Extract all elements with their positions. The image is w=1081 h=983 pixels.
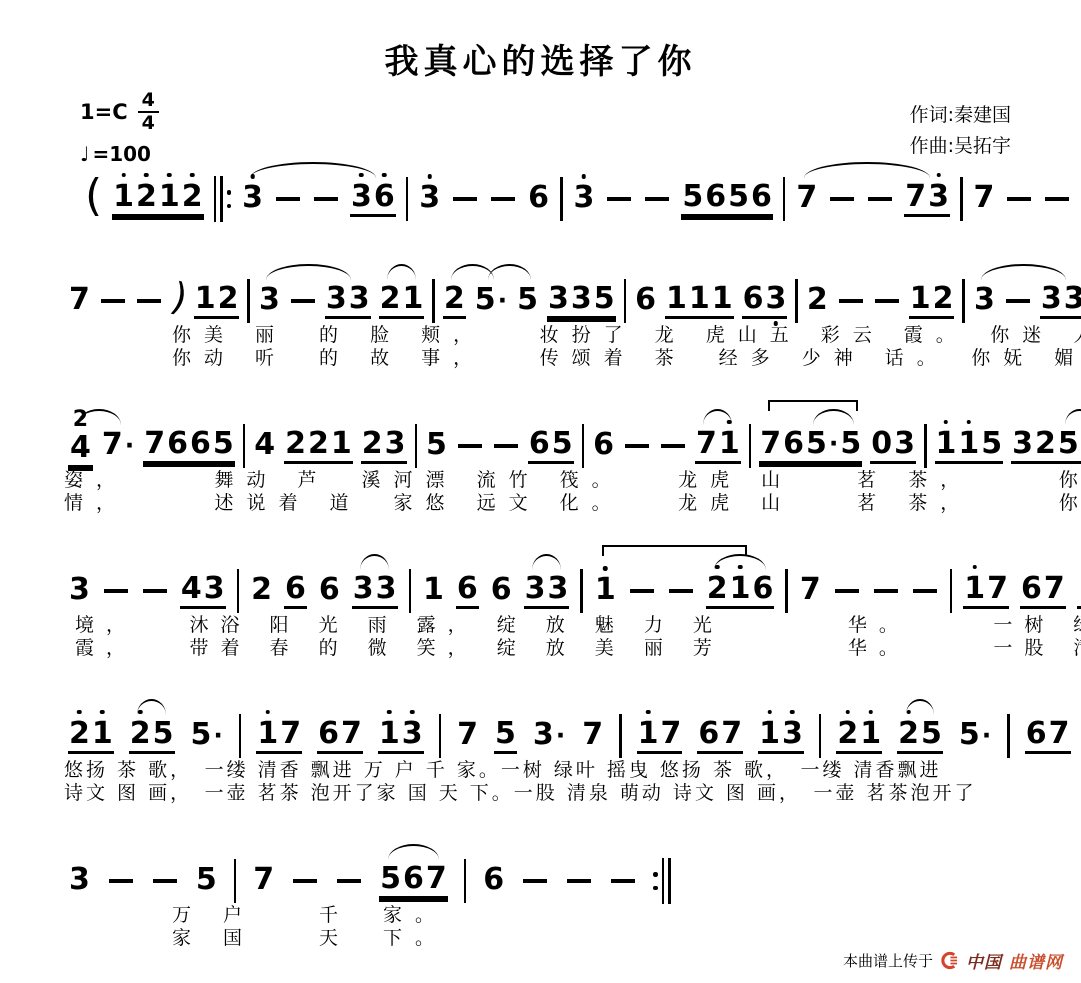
slur-arc (360, 554, 389, 570)
dash-hold (293, 879, 317, 883)
note: 6 (490, 575, 513, 607)
note-digit: 3 (973, 285, 996, 315)
note-group: 567 (379, 864, 448, 899)
note-digit: 3 (241, 183, 264, 213)
slur-arc (250, 162, 376, 178)
note: 7 (795, 183, 818, 215)
barline (619, 714, 622, 758)
barline (819, 714, 822, 758)
dash-hold (101, 299, 125, 303)
note-digit: 7 (252, 865, 275, 895)
note-digit: 3 (325, 284, 348, 314)
dash-hold (839, 299, 863, 303)
note-digit: 7 (904, 182, 927, 212)
note-digit: 7 (973, 183, 996, 213)
note-digit: 6 (482, 865, 505, 895)
octave-dot-high (77, 710, 82, 715)
note-digit: 6 (704, 182, 727, 212)
note-digit: 2 (361, 429, 384, 459)
dash-hold (104, 589, 128, 593)
note-digit: 1 (256, 719, 279, 749)
barline (785, 569, 788, 613)
note-digit: 5 (212, 429, 235, 459)
note-digit: 6 (373, 182, 396, 212)
note-group: 12 (909, 284, 955, 319)
barline (243, 424, 246, 468)
lyrics-row: 你美 丽 的 脸 颊， 妆扮了 龙 虎山五 彩云 霞。 你迷 人 的 身 (0, 324, 1081, 347)
note: 6 (592, 430, 615, 462)
repeat-end-sign (653, 858, 671, 904)
 (214, 176, 217, 222)
barline (239, 714, 242, 758)
 (220, 176, 223, 222)
dash-hold (153, 879, 177, 883)
note-digit: 5 (190, 720, 213, 750)
note-group: 7665 (143, 429, 235, 464)
note-digit: 3 (384, 429, 407, 459)
note-digit: 3 (68, 865, 91, 895)
barline (582, 424, 585, 468)
barline (409, 569, 412, 613)
note-digit: 7 (1043, 574, 1066, 604)
music-line: 24⋮7·7665422123565671765·5031153256姿， 舞动… (0, 397, 1081, 515)
note-digit: 6 (1020, 574, 1043, 604)
lyrics-row: 诗文 图 画， 一壶 茗茶 泡开了家 国 天 下。一股 清泉 萌动 诗文 图 画… (0, 782, 1081, 805)
site-name-bold: 中国 (966, 948, 1002, 973)
music-line: 3575676万 户 千 家。家 国 天 下。 (0, 832, 1081, 950)
note-digit: 3 (352, 574, 375, 604)
augmentation-dot: · (125, 433, 135, 458)
octave-dot-high (790, 710, 795, 715)
note-digit: 4 (180, 574, 203, 604)
note-digit: 2 (284, 429, 307, 459)
note-digit: 6 (166, 429, 189, 459)
key-signature: 1=C (80, 100, 128, 124)
octave-dot-high (410, 710, 415, 715)
note-digit: 5 (727, 182, 750, 212)
note: 3· (532, 720, 566, 752)
octave-dot-high (167, 173, 172, 178)
sheet-music-page: 我真心的选择了你 1=C 4 4 ♩ =100 作词:秦建国 作曲:吴拓宇 (1… (0, 0, 1081, 983)
note-digit: 1 (758, 719, 781, 749)
dash-hold (661, 444, 685, 448)
dash-hold (875, 299, 899, 303)
octave-dot-high (121, 173, 126, 178)
note-digit: 7 (143, 429, 166, 459)
octave-bracket (768, 400, 858, 411)
note: 1 (594, 575, 617, 607)
note-digit: 3 (927, 182, 950, 212)
slur-arc (714, 554, 766, 570)
dash-hold (630, 589, 654, 593)
barline (749, 424, 752, 468)
note-digit: 2 (129, 719, 152, 749)
note-digit: 5 (195, 865, 218, 895)
note-digit: 7 (279, 719, 302, 749)
octave-dot-high (382, 173, 387, 178)
barline (406, 177, 409, 221)
notation-row: (1212336363565677373 (0, 176, 1081, 222)
slur-arc (388, 844, 440, 860)
dash-hold (625, 444, 649, 448)
note-digit: 3 (418, 183, 441, 213)
note-group: 36 (350, 182, 396, 217)
dash-hold (645, 197, 669, 201)
note-digit: 6 (490, 575, 513, 605)
note-digit: 2 (181, 182, 204, 212)
intro-paren: ( (85, 174, 102, 218)
note: 5 (195, 865, 218, 897)
barline (924, 424, 927, 468)
note-digit: 2 (897, 719, 920, 749)
note-digit: 1 (637, 719, 660, 749)
octave-dot-high (972, 565, 977, 570)
note-digit: 3 (573, 183, 596, 213)
notation-row: 24⋮7·7665422123565671765·5031153256 (0, 423, 1081, 469)
note-digit: 6 (742, 284, 765, 314)
note-digit: 1 (112, 182, 135, 212)
note-group: 21 (379, 284, 425, 319)
 (662, 858, 665, 904)
note-digit: 3 (68, 575, 91, 605)
note-digit: 5 (152, 719, 175, 749)
slur-arc (488, 264, 531, 280)
note-digit: 1 (422, 575, 445, 605)
note-group: 33 (325, 284, 371, 319)
octave-dot-high (646, 710, 651, 715)
note-digit: 2 (250, 575, 273, 605)
barline (560, 177, 563, 221)
note-digit: 1 (665, 284, 688, 314)
notation-row: 343266331663312167176713 (0, 568, 1081, 614)
dash-hold (669, 589, 693, 593)
dash-hold (874, 589, 898, 593)
note-group: 12 (194, 284, 240, 319)
note: 5 (494, 719, 517, 754)
note-digit: 6 (402, 864, 425, 894)
note-digit: 6 (527, 183, 550, 213)
 (668, 858, 671, 904)
slur-arc (703, 409, 732, 425)
note: 3 (68, 865, 91, 897)
repeat-dots (227, 190, 232, 208)
notation-row: 21255·176713753·717671321255·6713753 (0, 713, 1081, 759)
note-digit: 1 (194, 284, 217, 314)
note-digit: 5 (980, 429, 1003, 459)
dash-hold (494, 444, 518, 448)
note-digit: 2 (307, 429, 330, 459)
note-digit: 1 (401, 284, 424, 314)
dash-hold (458, 444, 482, 448)
barline (247, 279, 250, 323)
note-digit: 7 (425, 864, 448, 894)
octave-dot-high (967, 420, 972, 425)
note-group: 65 (528, 429, 574, 464)
note-digit: 1 (688, 284, 711, 314)
note-group: 111 (665, 284, 734, 319)
note-group: 25 (897, 719, 943, 754)
barline (624, 279, 627, 323)
note-digit: 2 (68, 719, 91, 749)
note: 7 (456, 720, 479, 752)
note: 6 (527, 183, 550, 215)
slur-arc (906, 699, 935, 715)
repeat-dots (653, 872, 658, 890)
note-group: 17 (637, 719, 683, 754)
slur-arc (266, 264, 350, 280)
dash-hold (607, 197, 631, 201)
dash-hold (1045, 197, 1069, 201)
note-digit: 5 (839, 429, 862, 459)
note: 4 (253, 430, 276, 462)
note-group: 765·5 (759, 429, 862, 464)
slur-arc (804, 162, 930, 178)
note: 7· (101, 430, 135, 462)
note-digit: 1 (935, 429, 958, 459)
note-group: 216 (706, 574, 775, 609)
note-digit: 3 (893, 429, 916, 459)
note-group: 03 (870, 429, 916, 464)
dash-hold (913, 589, 937, 593)
note-digit: 3 (532, 720, 555, 750)
dash-hold (830, 197, 854, 201)
dash-hold (143, 589, 167, 593)
note-group: 25 (129, 719, 175, 754)
slur-arc (813, 409, 853, 425)
stack-bottom-note: 4 (68, 433, 93, 468)
note-digit: 2 (836, 719, 859, 749)
barline (580, 569, 583, 613)
note-group: 67 (697, 719, 743, 754)
dash-hold (109, 879, 133, 883)
note-group: 73 (904, 182, 950, 217)
note: 5· (190, 720, 224, 752)
dash-hold (314, 197, 338, 201)
note-digit: 6 (1025, 719, 1048, 749)
dash-hold (337, 879, 361, 883)
notation-row: 7)123332125·533561116321233321 (0, 278, 1081, 324)
slur-arc (137, 699, 166, 715)
note: 2 (443, 284, 466, 319)
note-group: 5656 (681, 182, 773, 217)
note-group: 33 (524, 574, 570, 609)
barline (783, 177, 786, 221)
note-group: 67 (1020, 574, 1066, 609)
slur-arc (981, 264, 1065, 280)
octave-dot-high (144, 173, 149, 178)
octave-dot-high (767, 710, 772, 715)
dash-hold (137, 299, 161, 303)
note-digit: 3 (764, 284, 787, 314)
lyrics-row: 万 户 千 家。 (0, 904, 1081, 927)
note-digit: 3 (348, 284, 371, 314)
octave-dot-high (427, 174, 432, 179)
octave-dot-high (868, 710, 873, 715)
barline (962, 279, 965, 323)
note-digit: 7 (68, 285, 91, 315)
note-digit: 5 (805, 429, 828, 459)
note-digit: 3 (203, 574, 226, 604)
augmentation-dot: · (556, 723, 566, 748)
note: 7 (973, 183, 996, 215)
note-group: 335 (547, 284, 616, 319)
music-line: 343266331663312167176713境， 沐浴 阳 光 雨 露， 绽… (0, 542, 1081, 660)
note-digit: 5 (379, 864, 402, 894)
note: 3 (241, 183, 264, 215)
octave-dot-high (944, 420, 949, 425)
octave-dot-high (387, 710, 392, 715)
barline (237, 569, 240, 613)
note-digit: 6 (697, 719, 720, 749)
note: 2 (806, 285, 829, 317)
lyrics-row: 悠扬 茶 歌， 一缕 清香 飘进 万 户 千 家。一树 绿叶 摇曳 悠扬 茶 歌… (0, 759, 1081, 782)
octave-dot-high (266, 710, 271, 715)
note-group: 43 (180, 574, 226, 609)
note-group: 21 (836, 719, 882, 754)
dash-hold (453, 197, 477, 201)
note: 3 (973, 285, 996, 317)
note-digit: 7 (581, 720, 604, 750)
music-line: 21255·176713753·717671321255·6713753悠扬 茶… (0, 687, 1081, 805)
barline (432, 279, 435, 323)
note-group: 13 (758, 719, 804, 754)
note-digit: 1 (378, 719, 401, 749)
note-digit: 6 (456, 574, 479, 604)
note-digit: 1 (957, 429, 980, 459)
slur-arc (387, 264, 416, 280)
note-group: 23 (361, 429, 407, 464)
note-digit: 2 (443, 284, 466, 314)
lyrics-row: 家 国 天 下。 (0, 927, 1081, 950)
note-digit: 5 (494, 719, 517, 749)
note-digit: 5 (1057, 429, 1080, 459)
dash-hold (868, 197, 892, 201)
notation-row: 3575676 (0, 858, 1081, 904)
note-digit: 7 (795, 183, 818, 213)
note-group: 1212 (112, 182, 204, 217)
note-group: 21 (68, 719, 114, 754)
note-digit: 3 (1040, 284, 1063, 314)
note-digit: 3 (1063, 284, 1081, 314)
note: 1 (422, 575, 445, 607)
phrase-end-curve: ) (167, 277, 191, 317)
augmentation-dot: · (829, 431, 839, 456)
slur-arc (1065, 409, 1081, 425)
note-digit: 7 (1048, 719, 1071, 749)
note-digit: 5 (551, 429, 574, 459)
note-digit: 6 (752, 574, 775, 604)
note-digit: 0 (870, 429, 893, 459)
song-title: 我真心的选择了你 (0, 34, 1081, 83)
note-digit: 2 (806, 285, 829, 315)
dash-hold (1006, 299, 1030, 303)
barline (960, 177, 963, 221)
augmentation-dot: · (213, 723, 223, 748)
barline (234, 859, 237, 903)
note-digit: 3 (547, 574, 570, 604)
note-digit: 1 (1077, 574, 1081, 604)
note-digit: 5 (425, 430, 448, 460)
note-digit: 3 (570, 284, 593, 314)
note: 2 (250, 575, 273, 607)
note-digit: 7 (340, 719, 363, 749)
note: 6 (284, 574, 307, 609)
note-digit: 2 (135, 182, 158, 212)
note-digit: 7 (695, 429, 718, 459)
note-digit: 3 (350, 182, 373, 212)
note: 6 (634, 285, 657, 317)
octave-dot-high (582, 174, 587, 179)
note-group: 67 (1025, 719, 1071, 754)
note: 7 (68, 285, 91, 317)
note-group: 33 (352, 574, 398, 609)
note-group: 13 (1077, 574, 1081, 609)
note-digit: 2 (706, 574, 729, 604)
note: 6 (456, 574, 479, 609)
lyrics-row: 你动 听 的 故 事， 传颂着 茶 经多 少神 话。 你妩 媚 的 风 (0, 347, 1081, 370)
note: 3 (573, 183, 596, 215)
note-digit: 7 (720, 719, 743, 749)
note-group: 221 (284, 429, 353, 464)
note-digit: 7 (456, 720, 479, 750)
site-logo-icon (940, 951, 959, 970)
dash-hold (523, 879, 547, 883)
note-digit: 7 (101, 430, 124, 460)
note: 7 (799, 575, 822, 607)
note-digit: 6 (592, 430, 615, 460)
note-group: 67 (317, 719, 363, 754)
note-digit: 5 (516, 285, 539, 315)
barline (950, 569, 953, 613)
octave-dot-high (603, 566, 608, 571)
note: 7 (252, 865, 275, 897)
note: 3 (258, 285, 281, 317)
note-digit: 3 (524, 574, 547, 604)
note-digit: 6 (750, 182, 773, 212)
lyrics-row: 情， 述说着 道 家悠 远文 化。 龙虎 山 茗 茶， 你 走出 碧水丹 (0, 492, 1081, 515)
dash-hold (567, 879, 591, 883)
lyrics-row: 姿， 舞动 芦 溪河漂 流竹 筏。 龙虎 山 茗 茶， 你 生长在 人间仙 (0, 469, 1081, 492)
watermark-prefix: 本曲谱上传于 (843, 950, 933, 971)
music-line: 7)123332125·533561116321233321你美 丽 的 脸 颊… (0, 252, 1081, 370)
note-digit: 6 (317, 719, 340, 749)
note-digit: 3 (401, 719, 424, 749)
octave-dot-high (846, 710, 851, 715)
note-group: 63 (742, 284, 788, 319)
note-digit: 3 (258, 285, 281, 315)
note-digit: 5 (958, 720, 981, 750)
note-digit: 6 (782, 429, 805, 459)
note-digit: 2 (1034, 429, 1057, 459)
note-digit: 3 (547, 284, 570, 314)
lyrics-row: 境， 沐浴 阳 光 雨 露， 绽 放 魅 力 光 华。 一树 绿叶 摇曳 (0, 614, 1081, 637)
note-digit: 1 (158, 182, 181, 212)
note-digit: 6 (634, 285, 657, 315)
time-signature: 4 4 (138, 90, 159, 134)
note: 5· (474, 285, 508, 317)
augmentation-dot: · (982, 723, 992, 748)
lyrics-row: 霞， 带着 春 的 微 笑， 绽 放 美 丽 芳 华。 一股 清泉 萌动 (0, 637, 1081, 660)
note-group: 71 (695, 429, 741, 464)
note-digit: 5 (681, 182, 704, 212)
note: 6 (318, 575, 341, 607)
note-digit: 3 (375, 574, 398, 604)
note-digit: 5 (474, 285, 497, 315)
note-digit: 3 (781, 719, 804, 749)
note-digit: 6 (189, 429, 212, 459)
note-digit: 1 (718, 429, 741, 459)
barline (1007, 714, 1010, 758)
